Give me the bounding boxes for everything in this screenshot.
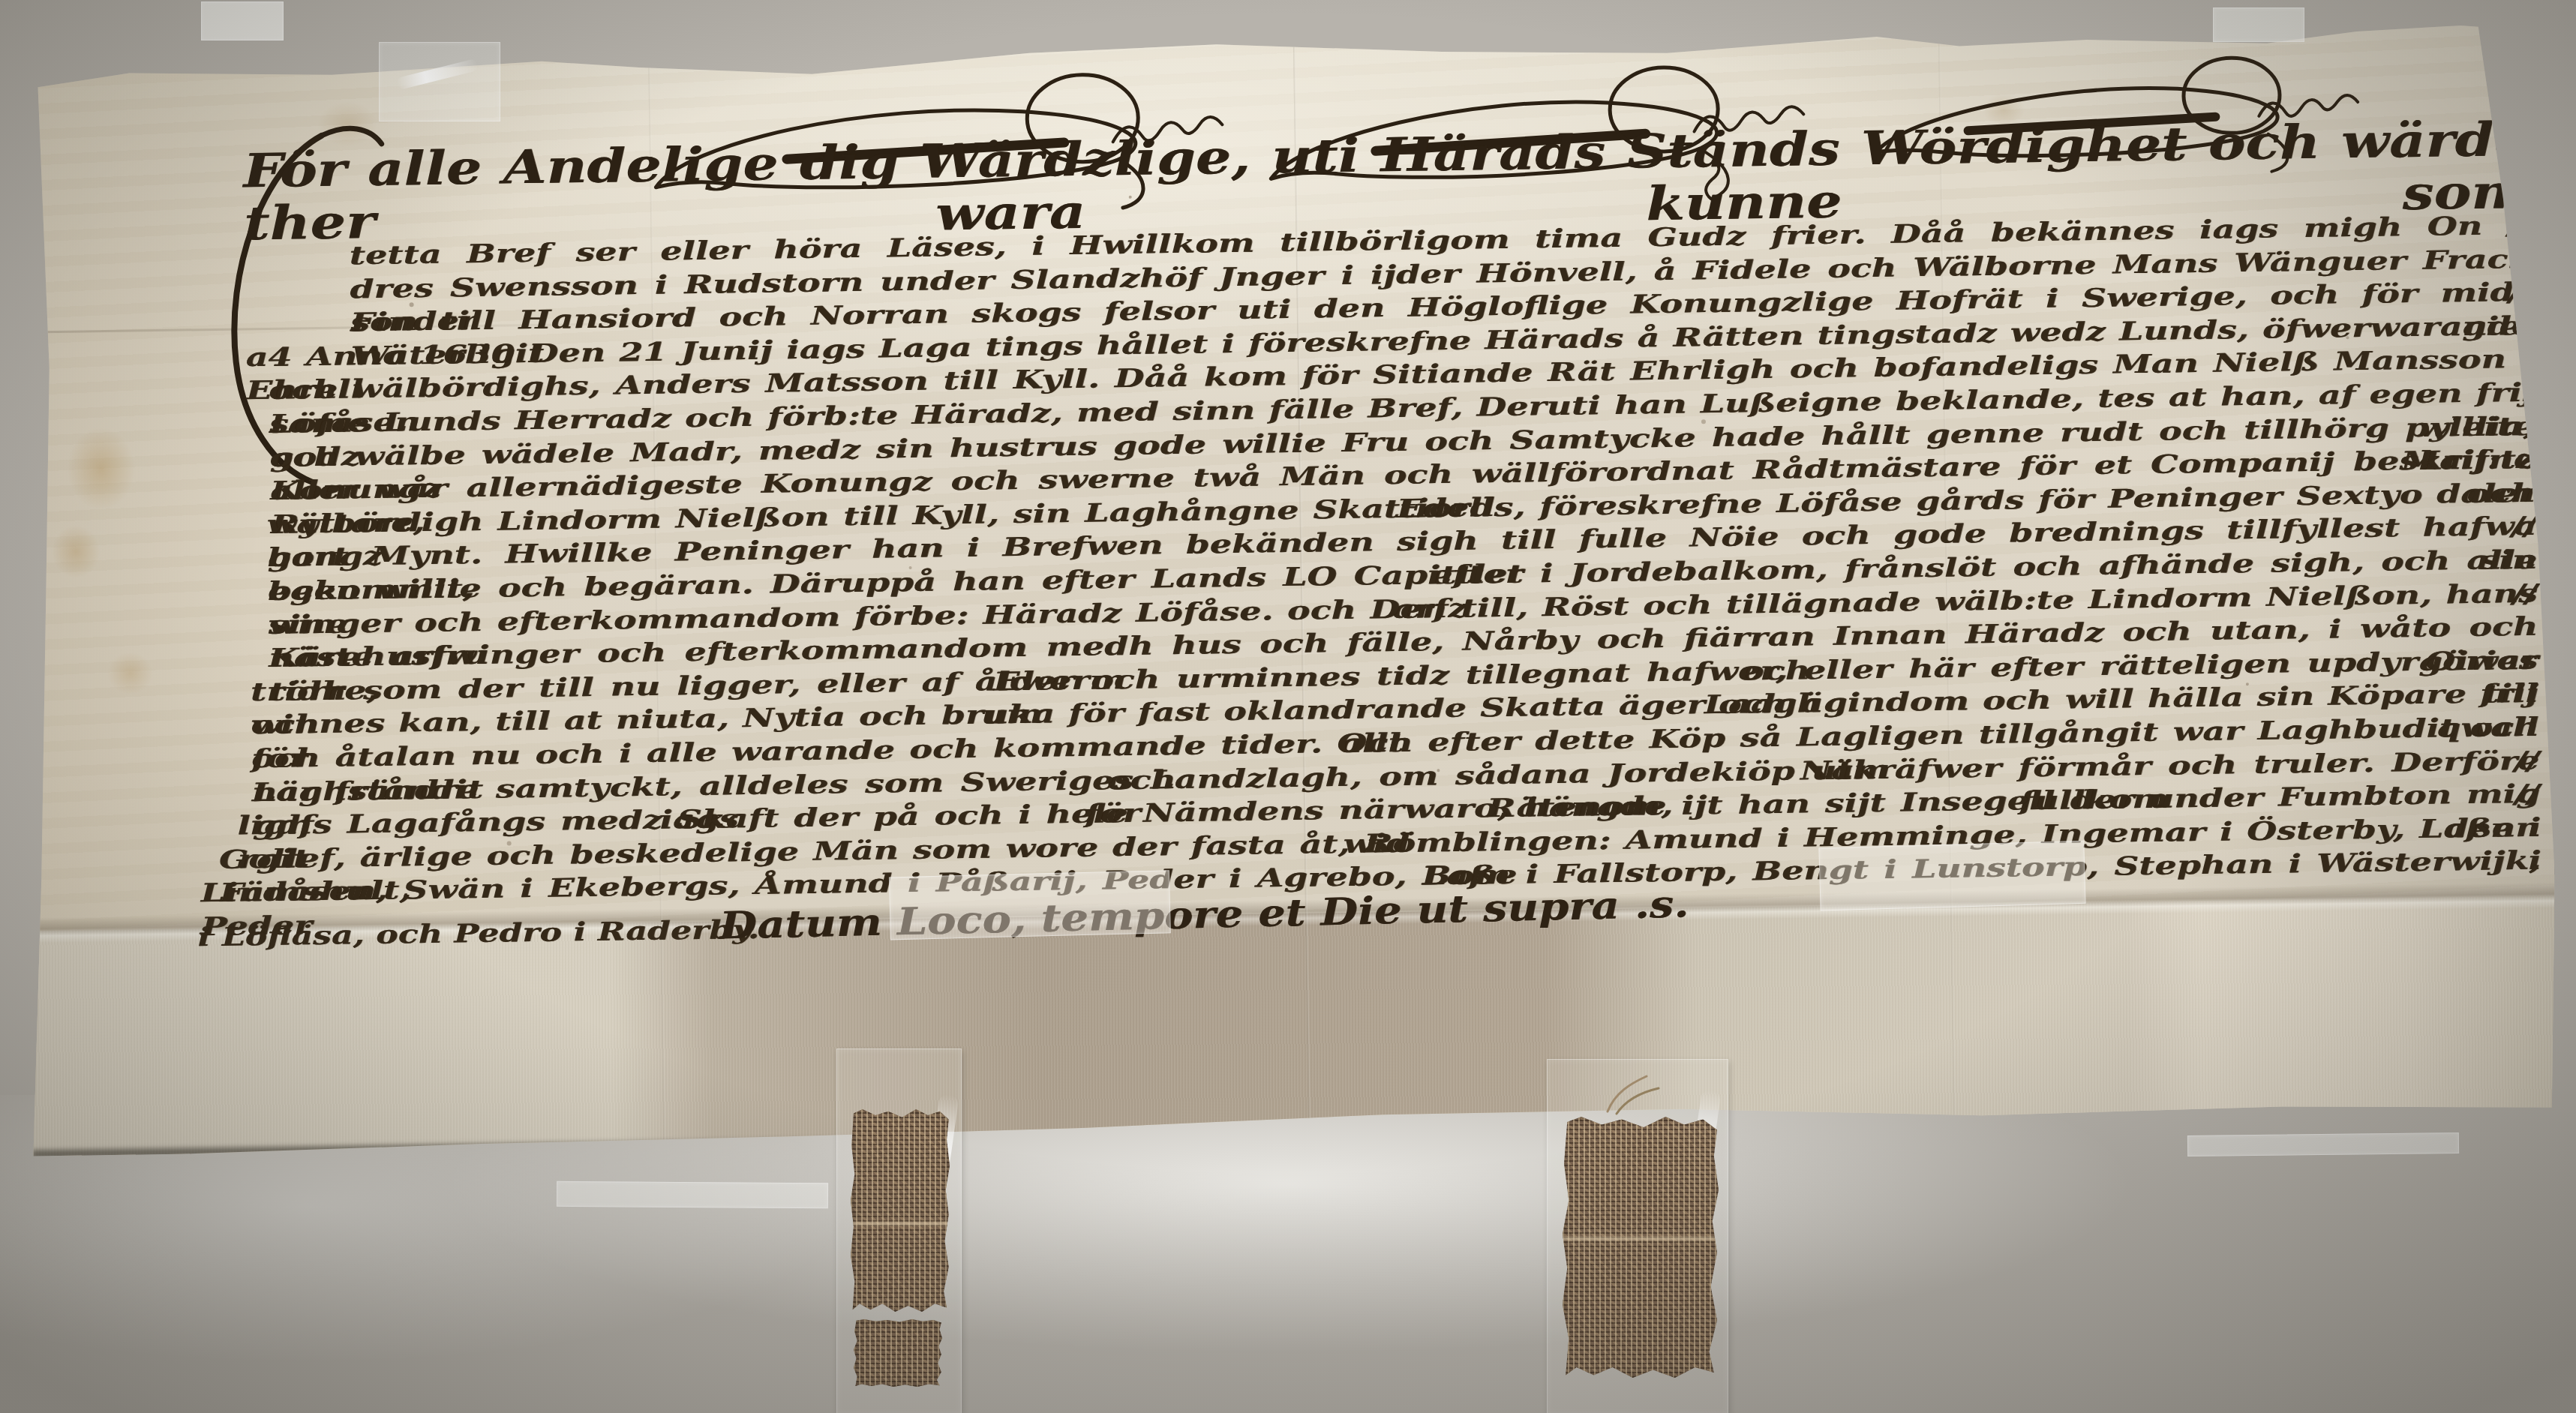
weave-seam <box>1563 1237 1719 1240</box>
plastic-sleeve-left <box>836 1048 962 1413</box>
mounting-tape-tab <box>557 1181 828 1209</box>
loose-threads <box>1600 1070 1668 1115</box>
textile-fragment-lower <box>854 1319 942 1387</box>
photograph-of-parchment-charter: { "document": { "heading": "För alle And… <box>0 0 2576 1413</box>
textile-fragment <box>1563 1117 1719 1378</box>
mounting-tape-tab <box>201 1 284 40</box>
conservation-tape-strip <box>889 870 1171 940</box>
charter-body-text: tetta Bref ser eller höra Läses, i Hwill… <box>19 209 2541 913</box>
weave-seam <box>851 1222 950 1225</box>
textile-fragment-upper <box>851 1109 950 1312</box>
witness-list-end: i Löfläsa, och Pedro i Raderby. <box>197 915 759 952</box>
mounting-tape-tab <box>379 42 500 121</box>
parchment-charter-sheet: För alle Andelige dig Wärdzlige, uti Här… <box>17 19 2558 1156</box>
plastic-sleeve-right <box>1547 1059 1728 1413</box>
foxing-stain <box>317 101 378 147</box>
ink-specks <box>17 54 20 57</box>
mounting-tape-tab <box>2213 7 2304 42</box>
mounting-tape-tab <box>2187 1132 2459 1156</box>
conservation-tape-strip <box>1818 841 2085 911</box>
